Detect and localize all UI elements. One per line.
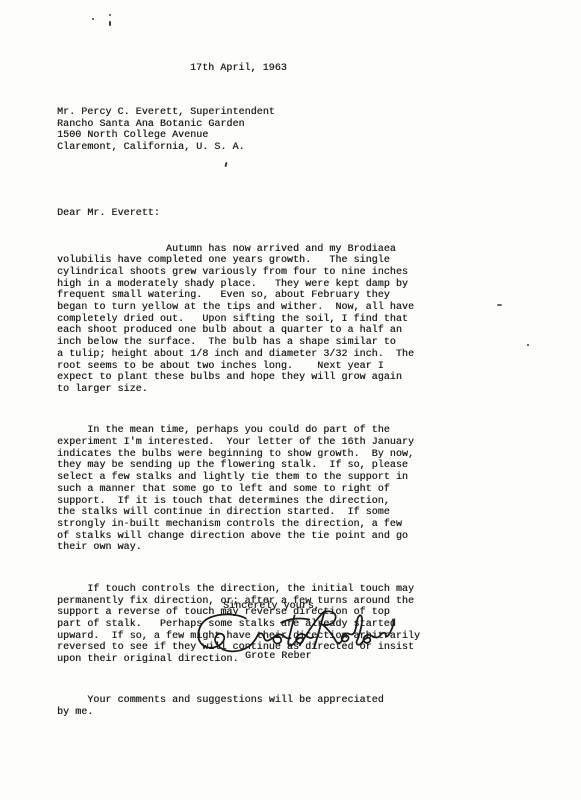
scan-speck [224, 162, 227, 167]
scan-speck [497, 304, 502, 306]
date-line: 17th April, 1963 [190, 63, 287, 75]
paragraph-4: Your comments and suggestions will be ap… [57, 695, 420, 718]
scan-speck [109, 21, 111, 26]
scan-speck [92, 18, 94, 20]
scan-speck [109, 14, 111, 16]
paragraph-1: Autumn has now arrived and my Brodiaea v… [57, 244, 420, 396]
letter-page: 17th April, 1963 Mr. Percy C. Everett, S… [0, 0, 581, 800]
typed-signature-name: Grote Reber [245, 651, 312, 663]
recipient-address: Mr. Percy C. Everett, Superintendent Ran… [57, 107, 275, 154]
signature-stroke-grote [198, 614, 313, 651]
scan-speck [527, 344, 529, 346]
salutation: Dear Mr. Everett: [57, 208, 420, 220]
signature-stroke-reber [300, 611, 394, 647]
paragraph-2: In the mean time, perhaps you could do p… [57, 425, 420, 554]
